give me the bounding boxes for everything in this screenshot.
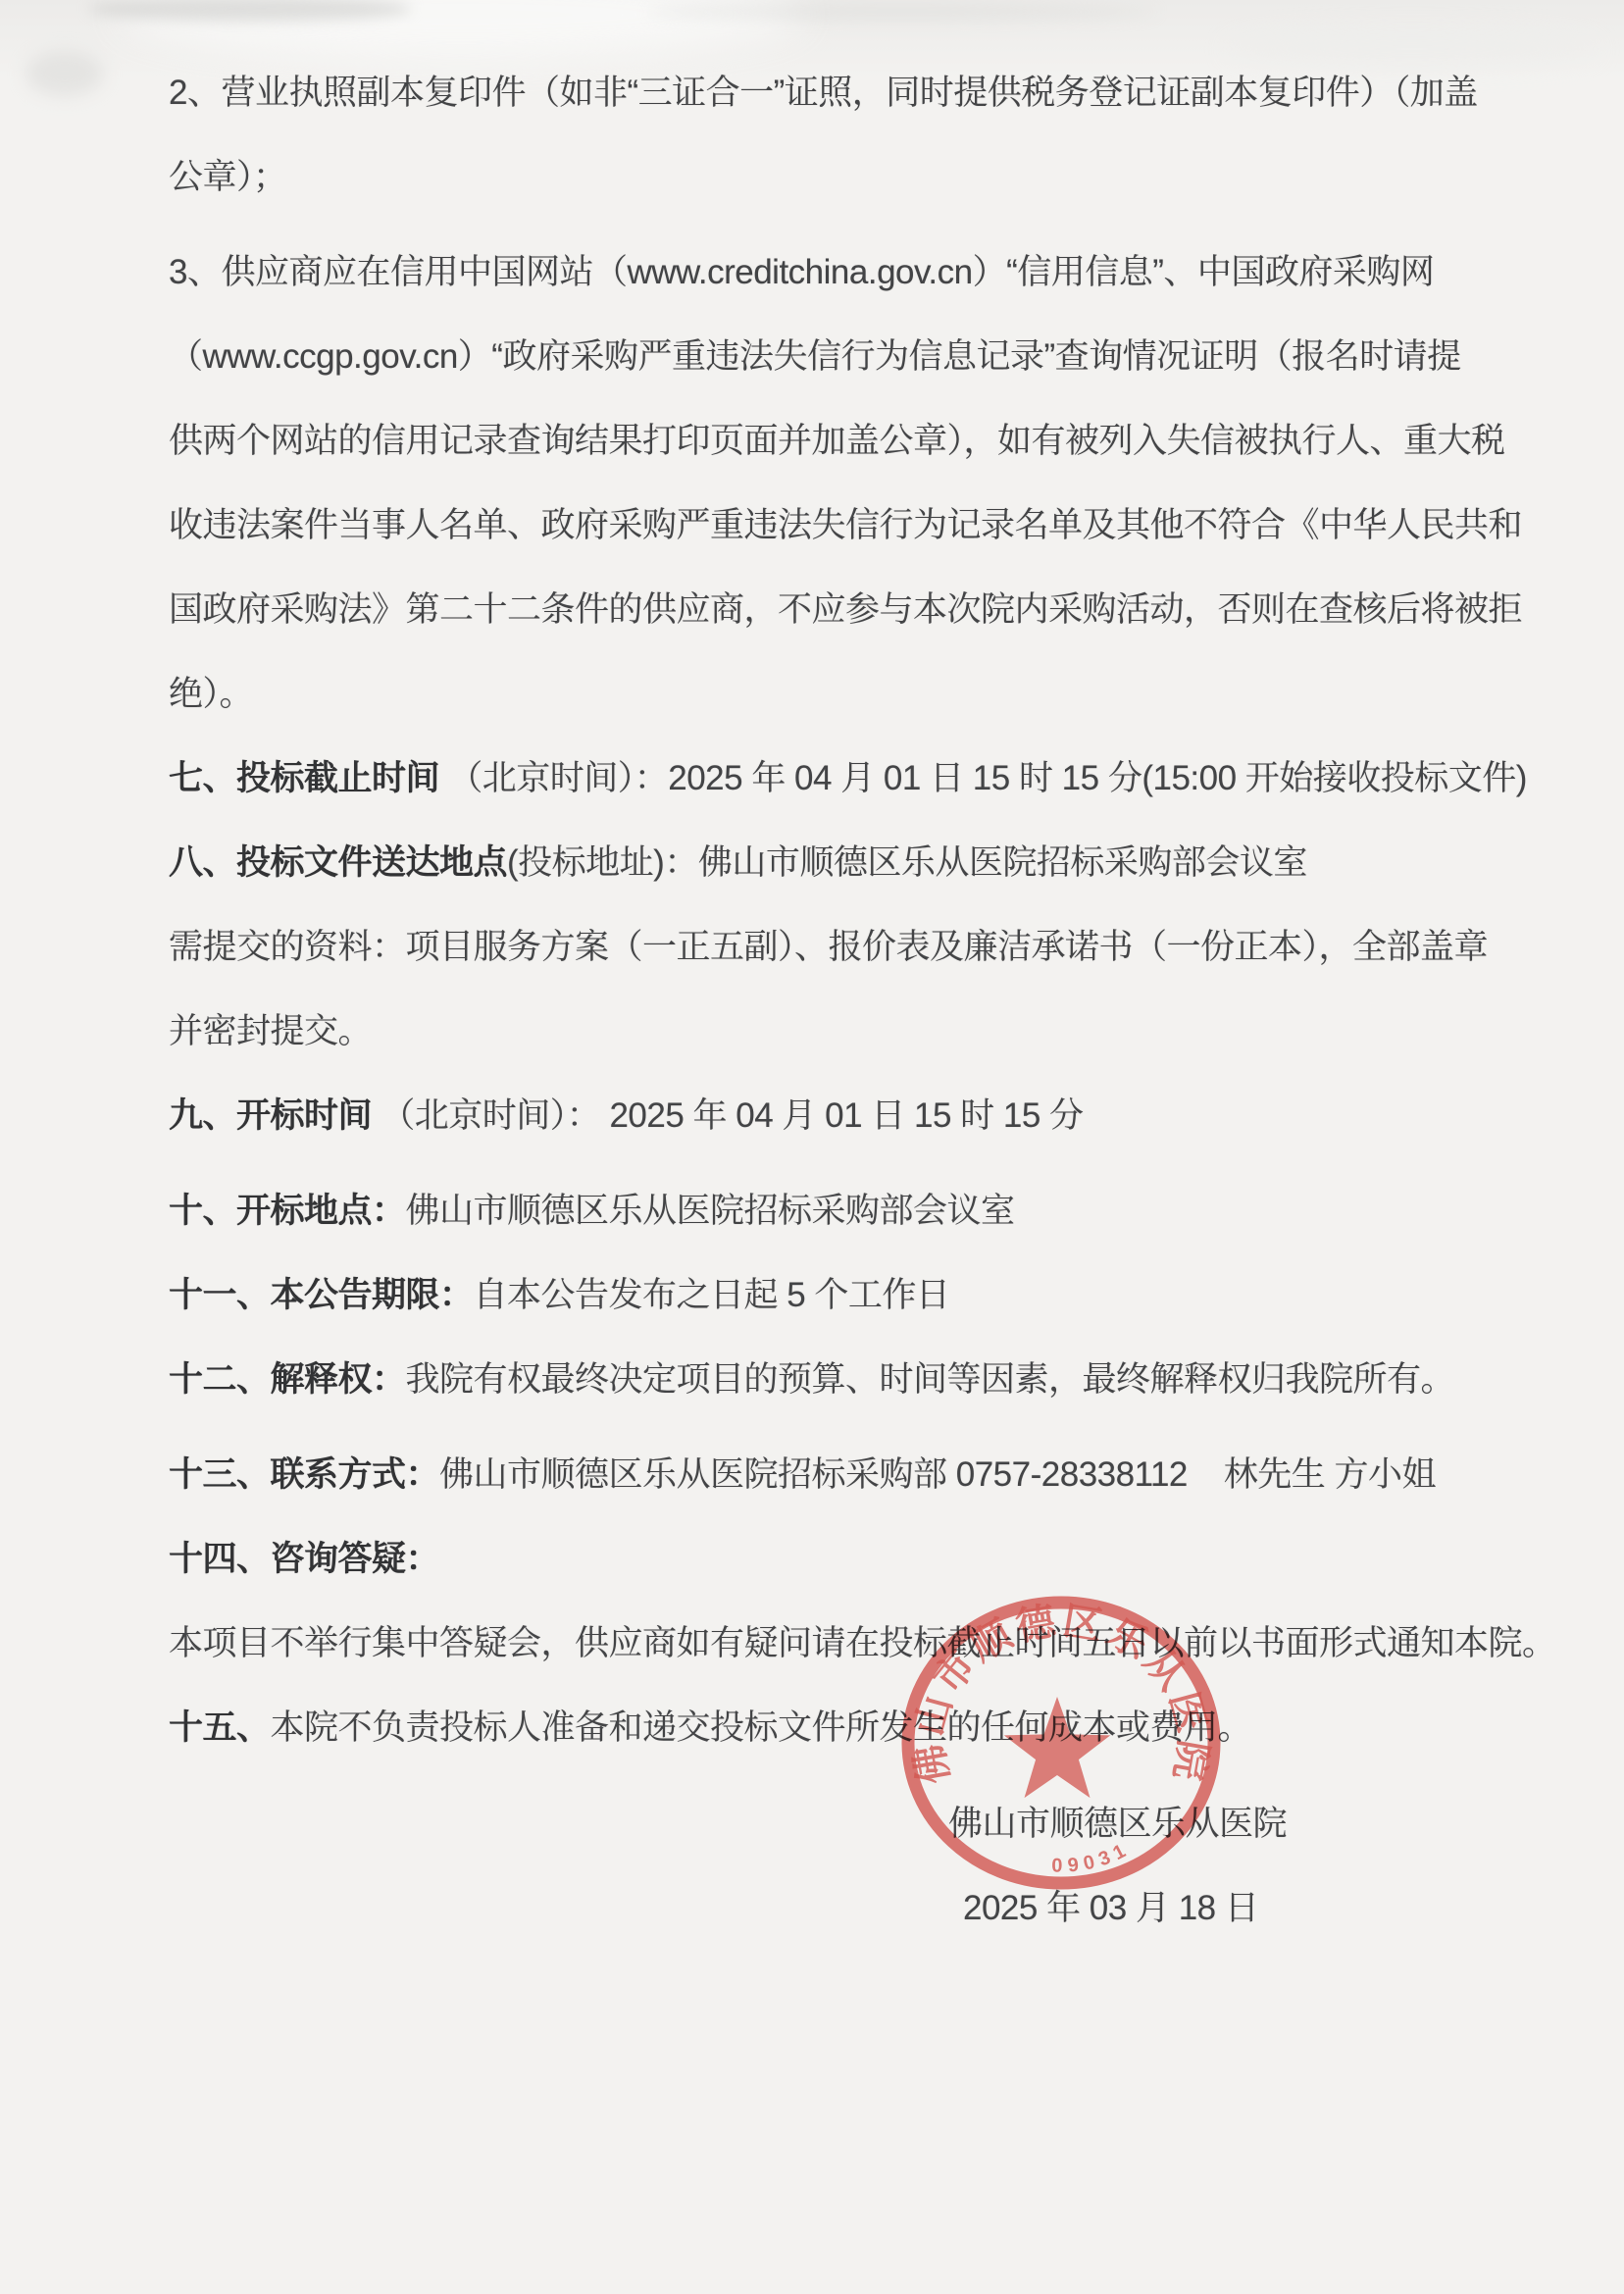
document-body: 2、营业执照副本复印件（如非“三证合一”证照，同时提供税务登记证副本复印件）（加… xyxy=(169,51,1561,1951)
doc-line-opening-place: 十、开标地点：佛山市顺德区乐从医院招标采购部会议室 xyxy=(169,1169,1561,1253)
line-bold: 八、投标文件送达地点 xyxy=(169,843,507,882)
doc-line: 绝）。 xyxy=(169,652,1561,737)
line-bold: 九、开标时间 xyxy=(169,1096,381,1135)
doc-line: 本项目不举行集中答疑会，供应商如有疑问请在投标截止时间五日以前以书面形式通知本院… xyxy=(169,1602,1561,1686)
line-text: 国政府采购法》第二十二条件的供应商，不应参与本次院内采购活动，否则在查核后将被拒 xyxy=(169,590,1522,629)
line-text: 本项目不举行集中答疑会，供应商如有疑问请在投标截止时间五日以前以书面形式通知本院… xyxy=(169,1624,1556,1662)
doc-line: 供两个网站的信用记录查询结果打印页面并加盖公章），如有被列入失信被执行人、重大税 xyxy=(169,399,1561,484)
doc-line-qa-heading: 十四、咨询答疑： xyxy=(169,1517,1561,1602)
doc-line: 国政府采购法》第二十二条件的供应商，不应参与本次院内采购活动，否则在查核后将被拒 xyxy=(169,568,1561,652)
line-text: 我院有权最终决定项目的预算、时间等因素，最终解释权归我院所有。 xyxy=(406,1360,1455,1399)
line-text: 佛山市顺德区乐从医院招标采购部会议室 xyxy=(406,1192,1015,1230)
line-text: 绝）。 xyxy=(169,675,253,713)
line-text: 佛山市顺德区乐从医院招标采购部 0757-28338112 林先生 方小姐 xyxy=(439,1455,1436,1494)
scan-artifact xyxy=(25,51,104,96)
line-text: 3、供应商应在信用中国网站（www.creditchina.gov.cn）“信用… xyxy=(169,253,1434,291)
doc-line: （www.ccgp.gov.cn）“政府采购严重违法失信行为信息记录”查询情况证… xyxy=(169,315,1561,399)
line-bold: 十五、 xyxy=(169,1708,271,1747)
scan-artifact xyxy=(647,4,1157,20)
doc-line: 十五、本院不负责投标人准备和递交投标文件所发生的任何成本或费用。 xyxy=(169,1686,1561,1770)
doc-line: 需提交的资料：项目服务方案（一正五副）、报价表及廉洁承诺书（一份正本），全部盖章 xyxy=(169,905,1561,990)
doc-line: 3、供应商应在信用中国网站（www.creditchina.gov.cn）“信用… xyxy=(169,230,1561,315)
doc-line-opening-time: 九、开标时间 （北京时间）： 2025 年 04 月 01 日 15 时 15 … xyxy=(169,1074,1561,1158)
doc-line: 收违法案件当事人名单、政府采购严重违法失信行为记录名单及其他不符合《中华人民共和 xyxy=(169,484,1561,568)
line-text: 需提交的资料：项目服务方案（一正五副）、报价表及廉洁承诺书（一份正本），全部盖章 xyxy=(169,928,1488,966)
line-text: (投标地址)：佛山市顺德区乐从医院招标采购部会议室 xyxy=(507,843,1307,882)
line-text: 本院不负责投标人准备和递交投标文件所发生的任何成本或费用。 xyxy=(271,1708,1252,1747)
line-text: 公章）； xyxy=(169,158,287,196)
doc-line-contact: 十三、联系方式：佛山市顺德区乐从医院招标采购部 0757-28338112 林先… xyxy=(169,1433,1561,1517)
doc-line: 并密封提交。 xyxy=(169,990,1561,1074)
line-text: 收违法案件当事人名单、政府采购严重违法失信行为记录名单及其他不符合《中华人民共和 xyxy=(169,506,1522,544)
doc-line-notice-period: 十一、本公告期限：自本公告发布之日起 5 个工作日 xyxy=(169,1253,1561,1338)
doc-line-interpretation: 十二、解释权：我院有权最终决定项目的预算、时间等因素，最终解释权归我院所有。 xyxy=(169,1338,1561,1422)
scanned-document-page: 2、营业执照副本复印件（如非“三证合一”证照，同时提供税务登记证副本复印件）（加… xyxy=(0,0,1624,2294)
line-bold: 十一、本公告期限： xyxy=(169,1276,474,1314)
line-text: 佛山市顺德区乐从医院 xyxy=(948,1805,1287,1843)
line-text: （www.ccgp.gov.cn）“政府采购严重违法失信行为信息记录”查询情况证… xyxy=(169,337,1461,376)
line-bold: 七、投标截止时间 xyxy=(169,759,448,797)
line-bold: 十四、咨询答疑： xyxy=(169,1540,439,1578)
doc-line: 2、营业执照副本复印件（如非“三证合一”证照，同时提供税务登记证副本复印件）（加… xyxy=(169,51,1561,135)
line-text: 供两个网站的信用记录查询结果打印页面并加盖公章），如有被列入失信被执行人、重大税 xyxy=(169,422,1505,460)
line-bold: 十二、解释权： xyxy=(169,1360,406,1399)
line-text: （北京时间）： 2025 年 04 月 01 日 15 时 15 分 xyxy=(381,1096,1083,1135)
doc-line-delivery-place: 八、投标文件送达地点(投标地址)：佛山市顺德区乐从医院招标采购部会议室 xyxy=(169,821,1561,905)
line-text: 自本公告发布之日起 5 个工作日 xyxy=(474,1276,950,1314)
signature-date: 2025 年 03 月 18 日 xyxy=(169,1866,1561,1951)
signature-org: 佛山市顺德区乐从医院 xyxy=(169,1782,1561,1866)
line-text: 2、营业执照副本复印件（如非“三证合一”证照，同时提供税务登记证副本复印件）（加… xyxy=(169,74,1478,112)
doc-line-deadline: 七、投标截止时间 （北京时间）：2025 年 04 月 01 日 15 时 15… xyxy=(169,737,1561,821)
line-text: （北京时间）：2025 年 04 月 01 日 15 时 15 分(15:00 … xyxy=(448,759,1527,797)
line-bold: 十三、联系方式： xyxy=(169,1455,439,1494)
line-bold: 十、开标地点： xyxy=(169,1192,406,1230)
line-text: 并密封提交。 xyxy=(169,1012,372,1050)
line-text: 2025 年 03 月 18 日 xyxy=(963,1889,1258,1927)
doc-line: 公章）； xyxy=(169,135,1561,220)
